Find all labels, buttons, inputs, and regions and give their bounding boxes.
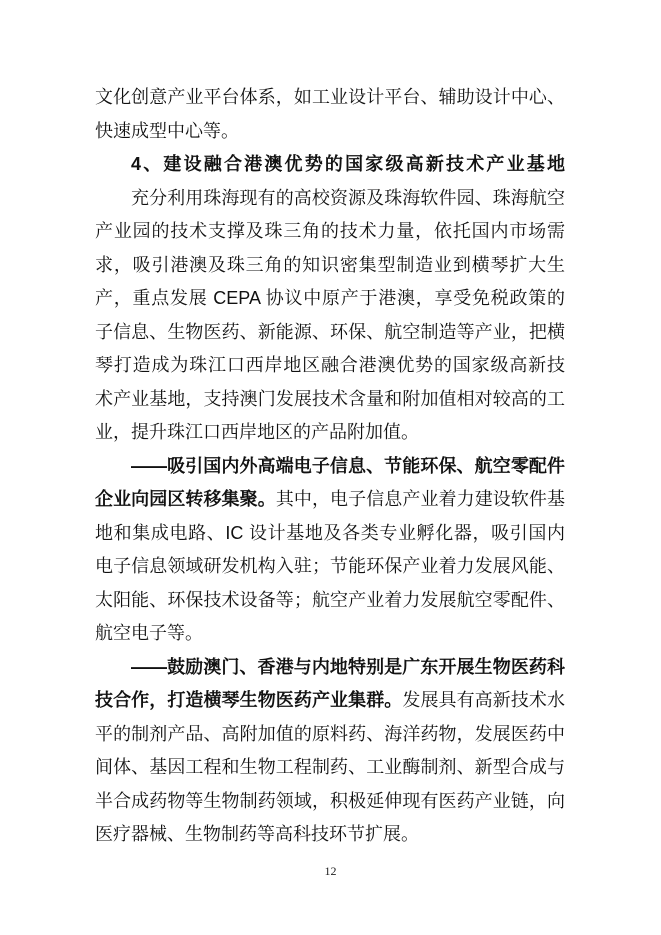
regular-run: 电子信息领域研发机构入驻；节能环保产业着力发展风能、 — [95, 556, 565, 576]
bold-run: 企业向园区转移集聚。 — [95, 489, 276, 509]
text-line: ——鼓励澳门、香港与内地特别是广东开展生物医药科 — [95, 651, 565, 685]
section-heading: 4、建设融合港澳优势的国家级高新技术产业基地 — [95, 148, 565, 182]
regular-run: 医疗器械、生物制药等高科技环节扩展。 — [95, 824, 419, 844]
regular-run: 产业园的技术支撑及珠三角的技术力量，依托国内市场需 — [95, 221, 565, 241]
text-line: 企业向园区转移集聚。其中，电子信息产业着力建设软件基 — [95, 483, 565, 517]
regular-run: 求，吸引港澳及珠三角的知识密集型制造业到横琴扩大生 — [95, 255, 565, 275]
text-line: 文化创意产业平台体系，如工业设计平台、辅助设计中心、 — [95, 81, 565, 115]
text-line: 间体、基因工程和生物工程制药、工业酶制剂、新型合成与 — [95, 751, 565, 785]
regular-run: 快速成型中心等。 — [95, 121, 239, 141]
text-line: 快速成型中心等。 — [95, 115, 565, 149]
document-page: 文化创意产业平台体系，如工业设计平台、辅助设计中心、 快速成型中心等。 4、建设… — [0, 0, 661, 935]
text-line: 电子信息领域研发机构入驻；节能环保产业着力发展风能、 — [95, 550, 565, 584]
bold-run: 技合作，打造横琴生物医药产业集群。 — [95, 690, 402, 710]
regular-run: 地和集成电路、IC 设计基地及各类专业孵化器，吸引国内外 — [95, 523, 565, 551]
text-line: 琴打造成为珠江口西岸地区融合港澳优势的国家级高新技 — [95, 349, 565, 383]
regular-run: 航空电子等。 — [95, 623, 203, 643]
regular-run: 业，提升珠江口西岸地区的产品附加值。 — [95, 422, 419, 442]
regular-run: 太阳能、环保技术设备等；航空产业着力发展航空零配件、 — [95, 590, 565, 610]
regular-run: 发展具有高新技术水 — [402, 690, 565, 710]
text-line: 求，吸引港澳及珠三角的知识密集型制造业到横琴扩大生 — [95, 249, 565, 283]
regular-run: 术产业基地，支持澳门发展技术含量和附加值相对较高的工 — [95, 389, 565, 409]
text-line: 产，重点发展 CEPA 协议中原产于港澳，享受免税政策的电 — [95, 282, 565, 316]
regular-run: 琴打造成为珠江口西岸地区融合港澳优势的国家级高新技 — [95, 355, 565, 375]
bold-run: ——吸引国内外高端电子信息、节能环保、航空零配件 — [131, 456, 565, 476]
regular-run: 充分利用珠海现有的高校资源及珠海软件园、珠海航空 — [131, 188, 565, 208]
text-line: 充分利用珠海现有的高校资源及珠海软件园、珠海航空 — [95, 182, 565, 216]
text-line: 航空电子等。 — [95, 617, 565, 651]
text-line: 产业园的技术支撑及珠三角的技术力量，依托国内市场需 — [95, 215, 565, 249]
text-line: ——吸引国内外高端电子信息、节能环保、航空零配件 — [95, 450, 565, 484]
regular-run: 产，重点发展 CEPA 协议中原产于港澳，享受免税政策的电 — [95, 288, 565, 316]
bold-run: 4、建设融合港澳优势的国家级高新技术产业基地 — [131, 154, 565, 174]
regular-run: 文化创意产业平台体系，如工业设计平台、辅助设计中心、 — [95, 87, 565, 107]
page-number: 12 — [0, 864, 661, 878]
regular-run: 平的制剂产品、高附加值的原料药、海洋药物，发展医药中 — [95, 724, 565, 744]
text-line: 平的制剂产品、高附加值的原料药、海洋药物，发展医药中 — [95, 718, 565, 752]
regular-run: 半合成药物等生物制药领域，积极延伸现有医药产业链，向 — [95, 791, 565, 811]
text-line: 半合成药物等生物制药领域，积极延伸现有医药产业链，向 — [95, 785, 565, 819]
text-line: 医疗器械、生物制药等高科技环节扩展。 — [95, 818, 565, 852]
text-line: 技合作，打造横琴生物医药产业集群。发展具有高新技术水 — [95, 684, 565, 718]
bold-run: ——鼓励澳门、香港与内地特别是广东开展生物医药科 — [131, 657, 565, 677]
text-line: 地和集成电路、IC 设计基地及各类专业孵化器，吸引国内外 — [95, 517, 565, 551]
text-line: 太阳能、环保技术设备等；航空产业着力发展航空零配件、 — [95, 584, 565, 618]
text-line: 术产业基地，支持澳门发展技术含量和附加值相对较高的工 — [95, 383, 565, 417]
regular-run: 间体、基因工程和生物工程制药、工业酶制剂、新型合成与 — [95, 757, 565, 777]
regular-run: 子信息、生物医药、新能源、环保、航空制造等产业，把横 — [95, 322, 565, 342]
text-body: 文化创意产业平台体系，如工业设计平台、辅助设计中心、 快速成型中心等。 4、建设… — [95, 81, 565, 852]
regular-run: 其中，电子信息产业着力建设软件基 — [276, 489, 565, 509]
text-line: 业，提升珠江口西岸地区的产品附加值。 — [95, 416, 565, 450]
text-line: 子信息、生物医药、新能源、环保、航空制造等产业，把横 — [95, 316, 565, 350]
